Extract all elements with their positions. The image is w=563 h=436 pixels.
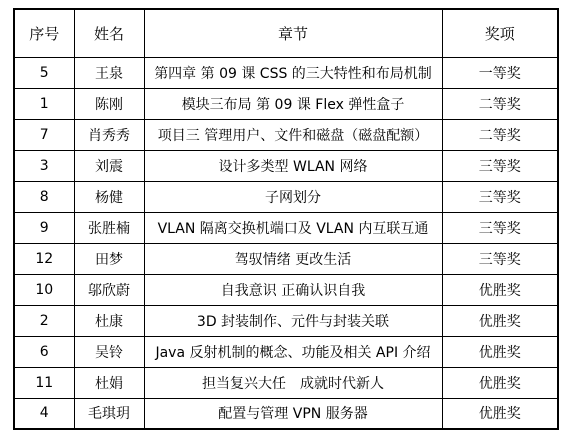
cell-chapter: 设计多类型 WLAN 网络: [144, 150, 442, 181]
cell-chapter: 配置与管理 VPN 服务器: [144, 398, 442, 429]
cell-award: 二等奖: [442, 88, 558, 119]
cell-chapter: 第四章 第 09 课 CSS 的三大特性和布局机制: [144, 57, 442, 88]
cell-no: 8: [14, 181, 74, 212]
cell-name: 杜娟: [74, 367, 144, 398]
cell-name: 邬欣蔚: [74, 274, 144, 305]
cell-award: 三等奖: [442, 243, 558, 274]
table-row: 2 杜康 3D 封装制作、元件与封装关联 优胜奖: [14, 305, 558, 336]
cell-no: 5: [14, 57, 74, 88]
cell-award: 三等奖: [442, 212, 558, 243]
table-row: 5 王泉 第四章 第 09 课 CSS 的三大特性和布局机制 一等奖: [14, 57, 558, 88]
cell-name: 杨健: [74, 181, 144, 212]
table-row: 7 肖秀秀 项目三 管理用户、文件和磁盘（磁盘配额） 二等奖: [14, 119, 558, 150]
cell-name: 毛琪玥: [74, 398, 144, 429]
cell-name: 吴铃: [74, 336, 144, 367]
table-row: 6 吴铃 Java 反射机制的概念、功能及相关 API 介绍 优胜奖: [14, 336, 558, 367]
cell-award: 三等奖: [442, 181, 558, 212]
cell-name: 田梦: [74, 243, 144, 274]
cell-no: 2: [14, 305, 74, 336]
cell-name: 张胜楠: [74, 212, 144, 243]
header-row: 序号 姓名 章节 奖项: [14, 9, 558, 57]
table-row: 9 张胜楠 VLAN 隔离交换机端口及 VLAN 内互联互通 三等奖: [14, 212, 558, 243]
header-chapter: 章节: [144, 9, 442, 57]
cell-award: 二等奖: [442, 119, 558, 150]
cell-no: 4: [14, 398, 74, 429]
header-name: 姓名: [74, 9, 144, 57]
table-row: 8 杨健 子网划分 三等奖: [14, 181, 558, 212]
cell-name: 杜康: [74, 305, 144, 336]
cell-no: 7: [14, 119, 74, 150]
cell-no: 6: [14, 336, 74, 367]
cell-no: 1: [14, 88, 74, 119]
cell-award: 优胜奖: [442, 336, 558, 367]
cell-chapter: 项目三 管理用户、文件和磁盘（磁盘配额）: [144, 119, 442, 150]
cell-chapter: 驾驭情绪 更改生活: [144, 243, 442, 274]
awards-table: 序号 姓名 章节 奖项 5 王泉 第四章 第 09 课 CSS 的三大特性和布局…: [13, 8, 559, 430]
cell-award: 优胜奖: [442, 274, 558, 305]
cell-award: 三等奖: [442, 150, 558, 181]
cell-award: 优胜奖: [442, 305, 558, 336]
cell-chapter: 模块三布局 第 09 课 Flex 弹性盒子: [144, 88, 442, 119]
cell-no: 10: [14, 274, 74, 305]
cell-chapter: 自我意识 正确认识自我: [144, 274, 442, 305]
cell-award: 一等奖: [442, 57, 558, 88]
cell-chapter: 子网划分: [144, 181, 442, 212]
cell-no: 11: [14, 367, 74, 398]
cell-no: 3: [14, 150, 74, 181]
cell-chapter: VLAN 隔离交换机端口及 VLAN 内互联互通: [144, 212, 442, 243]
cell-award: 优胜奖: [442, 367, 558, 398]
cell-name: 陈刚: [74, 88, 144, 119]
cell-name: 王泉: [74, 57, 144, 88]
cell-chapter: Java 反射机制的概念、功能及相关 API 介绍: [144, 336, 442, 367]
table-row: 4 毛琪玥 配置与管理 VPN 服务器 优胜奖: [14, 398, 558, 429]
cell-chapter: 担当复兴大任 成就时代新人: [144, 367, 442, 398]
cell-name: 肖秀秀: [74, 119, 144, 150]
cell-award: 优胜奖: [442, 398, 558, 429]
cell-name: 刘震: [74, 150, 144, 181]
document-page: 序号 姓名 章节 奖项 5 王泉 第四章 第 09 课 CSS 的三大特性和布局…: [0, 0, 563, 436]
table-row: 1 陈刚 模块三布局 第 09 课 Flex 弹性盒子 二等奖: [14, 88, 558, 119]
header-award: 奖项: [442, 9, 558, 57]
table-row: 11 杜娟 担当复兴大任 成就时代新人 优胜奖: [14, 367, 558, 398]
table-row: 10 邬欣蔚 自我意识 正确认识自我 优胜奖: [14, 274, 558, 305]
table-row: 12 田梦 驾驭情绪 更改生活 三等奖: [14, 243, 558, 274]
header-no: 序号: [14, 9, 74, 57]
cell-no: 12: [14, 243, 74, 274]
table-row: 3 刘震 设计多类型 WLAN 网络 三等奖: [14, 150, 558, 181]
cell-chapter: 3D 封装制作、元件与封装关联: [144, 305, 442, 336]
cell-no: 9: [14, 212, 74, 243]
